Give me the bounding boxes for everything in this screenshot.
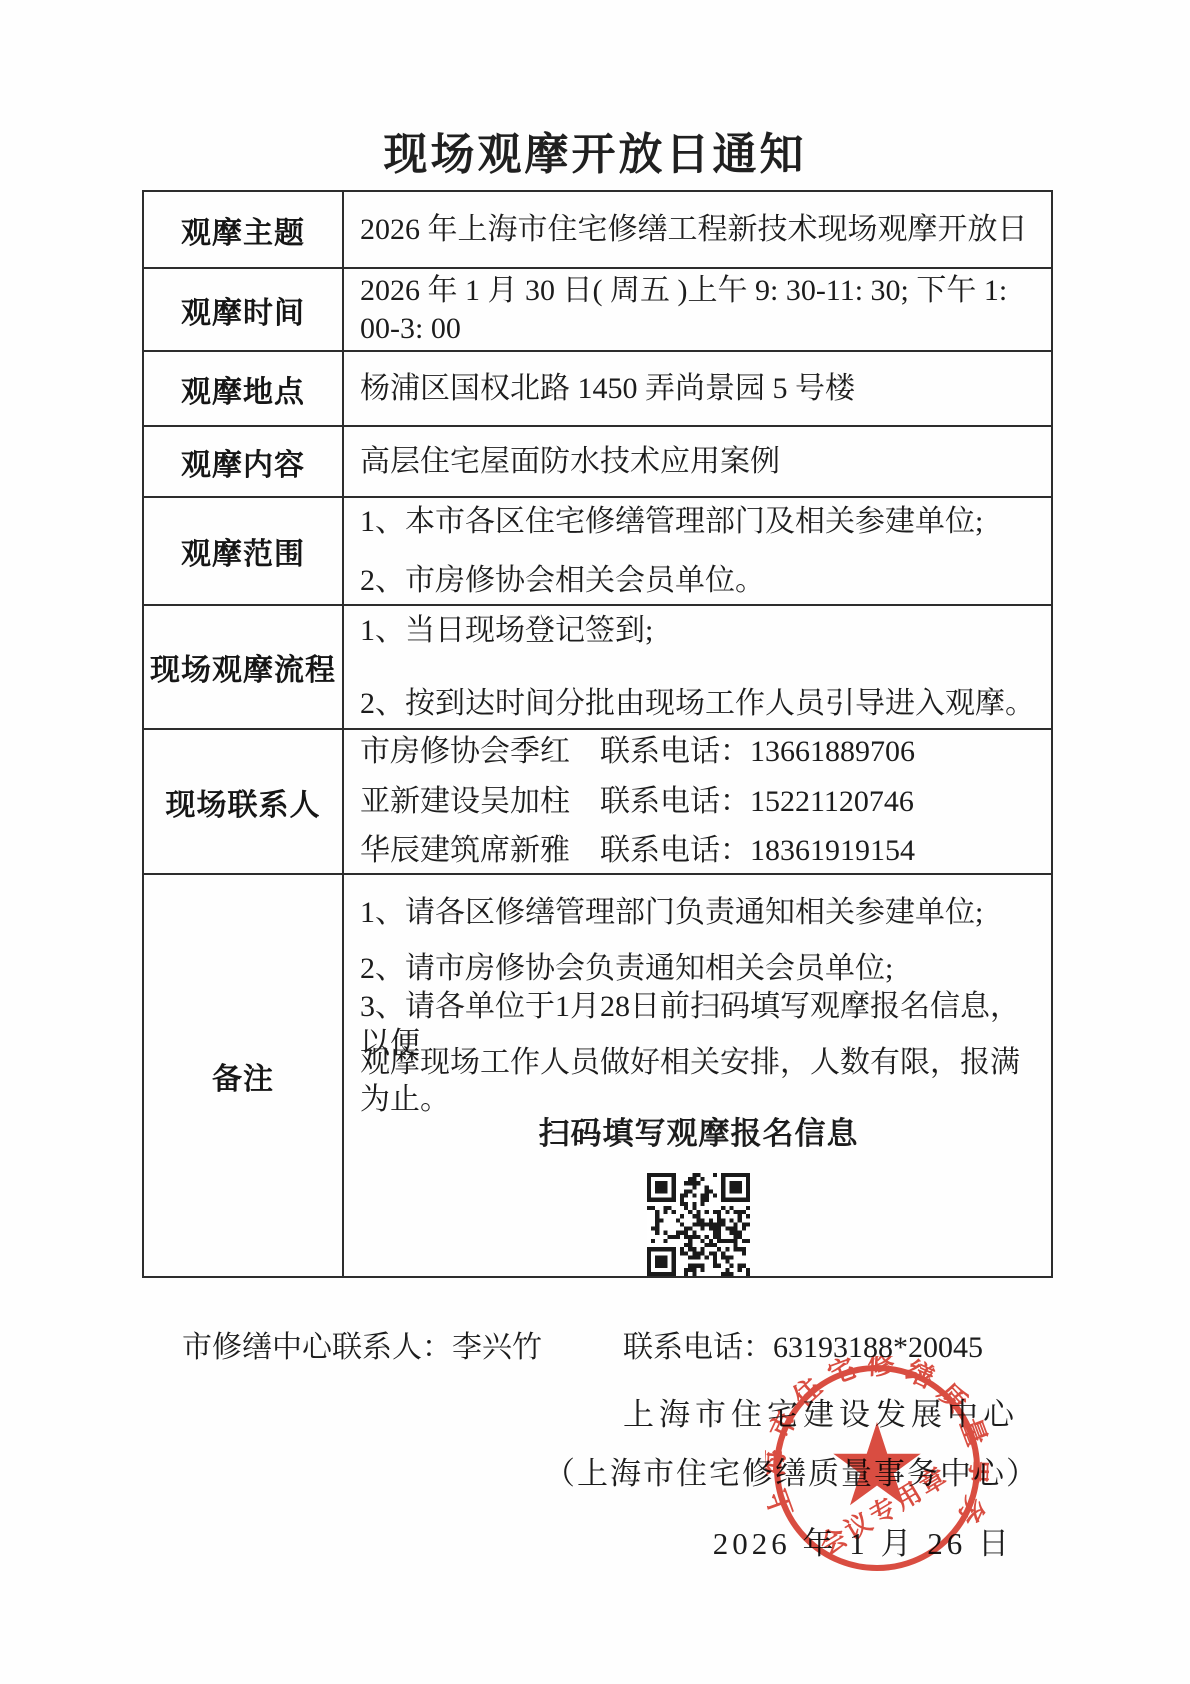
row-text: 1、当日现场登记签到; <box>360 612 1037 650</box>
row-text: 1、本市各区住宅修缮管理部门及相关参建单位; <box>360 503 1037 541</box>
contact-phone: 联系电话：13661889706 <box>600 733 915 771</box>
table-row-contacts: 现场联系人 市房修协会季红 联系电话：13661889706 亚新建设吴加柱 联… <box>144 728 1051 873</box>
row-content: 2026 年上海市住宅修缮工程新技术现场观摩开放日 <box>344 192 1051 267</box>
notice-table: 观摩主题 2026 年上海市住宅修缮工程新技术现场观摩开放日 观摩时间 2026… <box>142 190 1053 1278</box>
row-text: 2026 年上海市住宅修缮工程新技术现场观摩开放日 <box>360 211 1037 249</box>
stamp-ring-text: 上海市住宅修缮质量事务中心 <box>765 1356 989 1529</box>
contact-name: 华辰建筑席新雅 <box>360 832 600 870</box>
svg-text:上海市住宅修缮质量事务中心: 上海市住宅修缮质量事务中心 <box>765 1356 989 1529</box>
contact-line: 市房修协会季红 联系电话：13661889706 <box>360 733 1037 771</box>
row-content: 2026 年 1 月 30 日( 周五 )上午 9: 30-11: 30; 下午… <box>344 269 1051 350</box>
footer-date: 2026 年 1 月 26 日 <box>713 1518 1013 1563</box>
table-row-time: 观摩时间 2026 年 1 月 30 日( 周五 )上午 9: 30-11: 3… <box>144 267 1051 350</box>
row-content: 杨浦区国权北路 1450 弄尚景园 5 号楼 <box>344 352 1051 425</box>
page-title: 现场观摩开放日通知 <box>0 118 1190 182</box>
contact-phone: 联系电话：15221120746 <box>600 783 914 821</box>
row-text: 观摩现场工作人员做好相关安排，人数有限，报满为止。 <box>360 1053 1037 1109</box>
row-content: 1、本市各区住宅修缮管理部门及相关参建单位; 2、市房修协会相关会员单位。 <box>344 498 1051 604</box>
row-label: 备注 <box>144 875 344 1276</box>
contact-line: 亚新建设吴加柱 联系电话：15221120746 <box>360 783 1037 821</box>
contact-name: 市房修协会季红 <box>360 733 600 771</box>
row-text: 1、请各区修缮管理部门负责通知相关参建单位; <box>360 885 1037 941</box>
document-page: 现场观摩开放日通知 观摩主题 2026 年上海市住宅修缮工程新技术现场观摩开放日… <box>0 0 1190 1684</box>
table-row-location: 观摩地点 杨浦区国权北路 1450 弄尚景园 5 号楼 <box>144 350 1051 425</box>
row-label: 现场联系人 <box>144 730 344 873</box>
row-text: 杨浦区国权北路 1450 弄尚景园 5 号楼 <box>360 370 1037 408</box>
table-row-process: 现场观摩流程 1、当日现场登记签到; 2、按到达时间分批由现场工作人员引导进入观… <box>144 604 1051 728</box>
footer-center-phone: 联系电话：63193188*20045 <box>623 1322 983 1366</box>
qr-code <box>360 1173 1037 1276</box>
table-row-remarks: 备注 1、请各区修缮管理部门负责通知相关参建单位; 2、请市房修协会负责通知相关… <box>144 873 1051 1276</box>
row-label: 现场观摩流程 <box>144 606 344 728</box>
table-row-content: 观摩内容 高层住宅屋面防水技术应用案例 <box>144 425 1051 496</box>
row-label: 观摩范围 <box>144 498 344 604</box>
table-row-scope: 观摩范围 1、本市各区住宅修缮管理部门及相关参建单位; 2、市房修协会相关会员单… <box>144 496 1051 604</box>
footer-org-name-alt: （上海市住宅修缮质量事务中心） <box>544 1448 1039 1493</box>
qr-caption: 扫码填写观摩报名信息 <box>360 1109 1037 1159</box>
footer-center-contact: 市修缮中心联系人：李兴竹 <box>182 1322 542 1366</box>
row-text: 2、按到达时间分批由现场工作人员引导进入观摩。 <box>360 685 1037 723</box>
row-label: 观摩内容 <box>144 427 344 496</box>
footer-org-name: 上海市住宅建设发展中心 <box>623 1389 1019 1434</box>
row-text: 2026 年 1 月 30 日( 周五 )上午 9: 30-11: 30; 下午… <box>360 272 1037 347</box>
row-content: 高层住宅屋面防水技术应用案例 <box>344 427 1051 496</box>
row-content: 1、请各区修缮管理部门负责通知相关参建单位; 2、请市房修协会负责通知相关会员单… <box>344 875 1051 1276</box>
row-label: 观摩地点 <box>144 352 344 425</box>
row-text: 2、市房修协会相关会员单位。 <box>360 562 1037 600</box>
row-label: 观摩时间 <box>144 269 344 350</box>
row-content: 1、当日现场登记签到; 2、按到达时间分批由现场工作人员引导进入观摩。 <box>344 606 1051 728</box>
row-content: 市房修协会季红 联系电话：13661889706 亚新建设吴加柱 联系电话：15… <box>344 730 1051 873</box>
contact-name: 亚新建设吴加柱 <box>360 783 600 821</box>
table-row-theme: 观摩主题 2026 年上海市住宅修缮工程新技术现场观摩开放日 <box>144 192 1051 267</box>
row-text: 高层住宅屋面防水技术应用案例 <box>360 443 1037 481</box>
contact-phone: 联系电话：18361919154 <box>600 832 915 870</box>
row-label: 观摩主题 <box>144 192 344 267</box>
contact-line: 华辰建筑席新雅 联系电话：18361919154 <box>360 832 1037 870</box>
